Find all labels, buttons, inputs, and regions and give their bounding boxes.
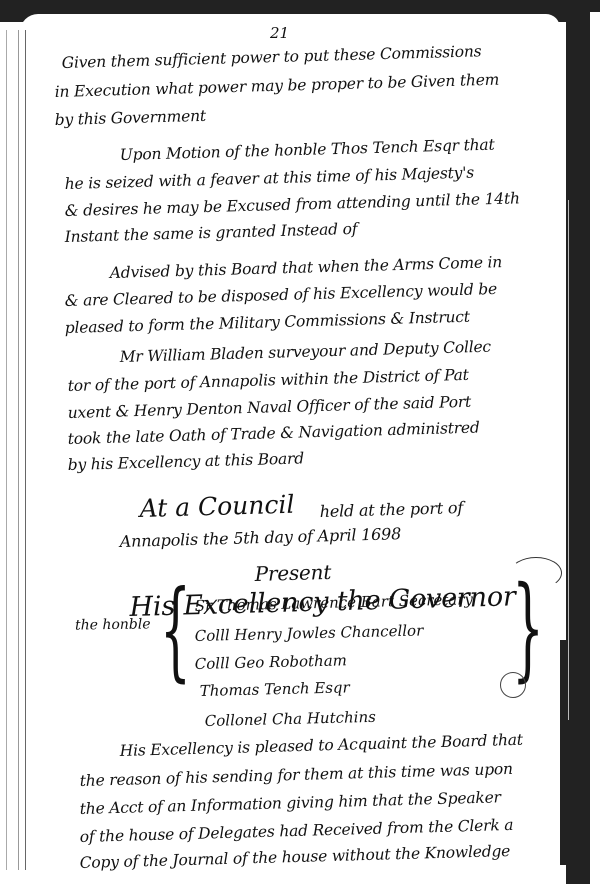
- text-line: the Acct of an Information giving him th…: [79, 788, 501, 818]
- council-heading-place: held at the port of: [319, 498, 463, 521]
- margin-line: [25, 30, 26, 870]
- attendee: Colll Henry Jowles Chancellor: [195, 621, 424, 645]
- text-line: His Excellency is pleased to Acquaint th…: [119, 731, 523, 760]
- text-line: by his Excellency at this Board: [67, 449, 304, 474]
- text-line: & are Cleared to be disposed of his Exce…: [64, 280, 497, 310]
- margin-line: [6, 30, 7, 870]
- left-binding-margin: [0, 0, 30, 884]
- text-line: in Execution what power may be proper to…: [54, 71, 499, 101]
- council-heading-title: At a Council: [139, 490, 295, 523]
- right-brace: }: [512, 572, 544, 684]
- text-line: pleased to form the Military Commissions…: [64, 308, 470, 337]
- text-line: Instant the same is granted Instead of: [64, 220, 357, 246]
- attendee: Collonel Cha Hutchins: [205, 708, 376, 730]
- text-line: uxent & Henry Denton Naval Officer of th…: [67, 393, 471, 422]
- text-line: Upon Motion of the honble Thos Tench Esq…: [119, 136, 494, 164]
- text-line: of the house of Delegates had Received f…: [79, 816, 513, 846]
- right-margin-rule: [568, 200, 569, 720]
- manuscript-page: 21 Given them sufficient power to put th…: [30, 22, 564, 884]
- attendee: Thomas Tench Esqr: [200, 678, 350, 700]
- text-line: & desires he may be Excused from attendi…: [64, 189, 519, 220]
- text-line: Copy of the Journal of the house without…: [79, 842, 510, 872]
- margin-line: [18, 30, 19, 870]
- attendees-label: the honble: [75, 616, 151, 633]
- present-heading: Present: [254, 560, 331, 586]
- text-line: Given them sufficient power to put these…: [61, 42, 481, 72]
- page-number: 21: [270, 24, 289, 42]
- attendee: Colll Geo Robotham: [195, 651, 348, 673]
- text-line: tor of the port of Annapolis within the …: [67, 366, 468, 395]
- text-line: Mr William Bladen surveyour and Deputy C…: [119, 338, 491, 366]
- text-line: took the late Oath of Trade & Navigation…: [67, 419, 479, 448]
- text-line: the reason of his sending for them at th…: [79, 760, 513, 790]
- left-brace: {: [160, 577, 191, 685]
- text-line: by this Government: [54, 107, 206, 129]
- text-line: Advised by this Board that when the Arms…: [109, 253, 502, 282]
- council-heading-date: Annapolis the 5th day of April 1698: [119, 524, 401, 551]
- scan-right-edge: [590, 12, 600, 884]
- text-line: he is seized with a feaver at this time …: [64, 164, 474, 193]
- flourish-ornament: [500, 672, 526, 698]
